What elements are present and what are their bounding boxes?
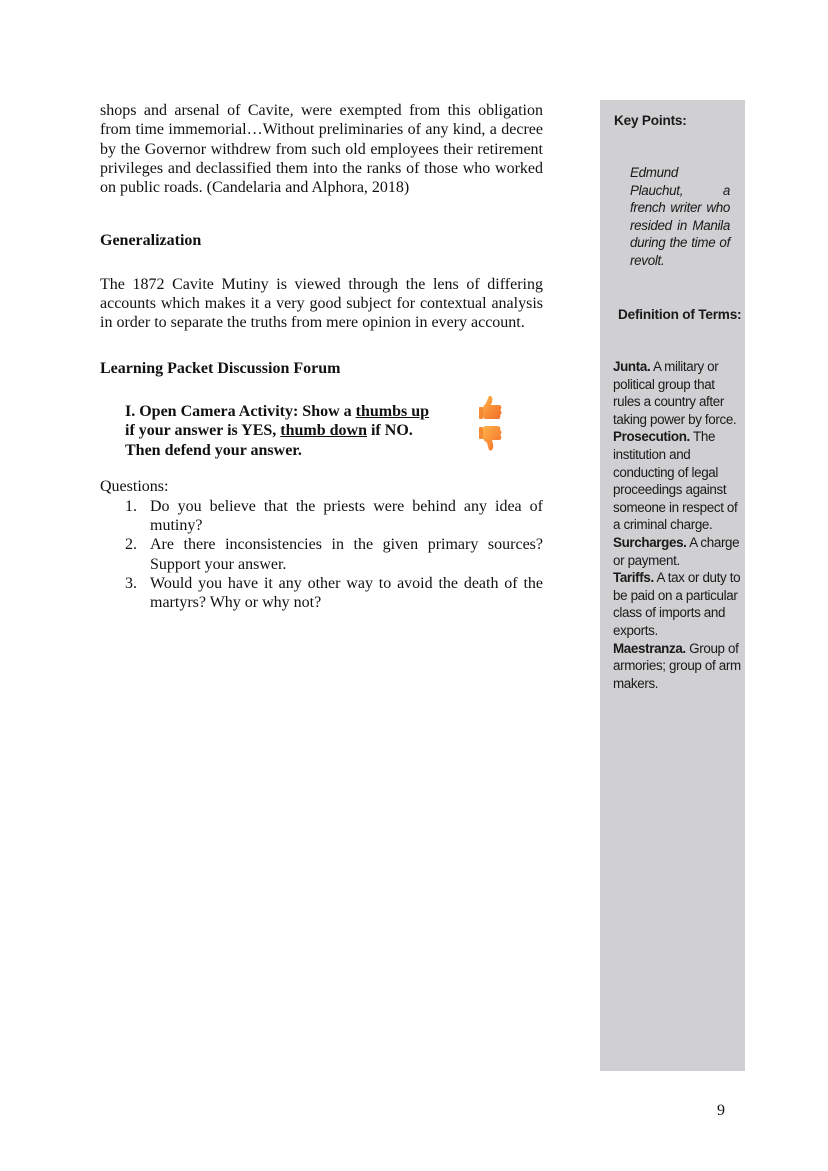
question-text: Do you believe that the priests were beh…	[150, 498, 543, 534]
sidebar-panel: Key Points: Edmund Plauchut, a french wr…	[600, 100, 745, 1071]
activity-line-3: Then defend your answer.	[125, 441, 455, 461]
definition-of-terms-title: Definition of Terms:	[618, 306, 741, 324]
activity-text: I. Open Camera Activity: Show a	[125, 403, 356, 420]
definition-item: Prosecution. The institution and conduct…	[613, 428, 741, 534]
definition-term: Surcharges.	[613, 535, 687, 550]
definition-term: Prosecution.	[613, 429, 690, 444]
questions-list: 1.Do you believe that the priests were b…	[100, 497, 543, 613]
intro-paragraph: shops and arsenal of Cavite, were exempt…	[100, 101, 543, 197]
question-text: Would you have it any other way to avoid…	[150, 575, 543, 611]
question-item: 1.Do you believe that the priests were b…	[100, 497, 543, 536]
page-number: 9	[717, 1102, 725, 1120]
definition-item: Maestranza. Group of armories; group of …	[613, 640, 741, 693]
definition-title-text: Definition of Terms:	[618, 307, 741, 322]
open-camera-activity: I. Open Camera Activity: Show a thumbs u…	[125, 402, 455, 461]
definition-text: The institution and conducting of legal …	[613, 429, 737, 532]
question-number: 3.	[125, 574, 137, 593]
generalization-heading: Generalization	[100, 231, 543, 250]
definition-item: Junta. A military or political group tha…	[613, 358, 741, 428]
question-text: Are there inconsistencies in the given p…	[150, 536, 543, 572]
generalization-paragraph: The 1872 Cavite Mutiny is viewed through…	[100, 275, 543, 333]
key-points-body: Edmund Plauchut, a french writer who res…	[630, 164, 730, 270]
questions-label: Questions:	[100, 477, 543, 496]
thumbs-icons	[475, 392, 507, 462]
activity-line-1: I. Open Camera Activity: Show a thumbs u…	[125, 402, 455, 422]
main-column: shops and arsenal of Cavite, were exempt…	[100, 101, 543, 613]
thumbs-up-icon	[479, 396, 502, 419]
question-number: 1.	[125, 497, 137, 516]
activity-line-2: if your answer is YES, thumb down if NO.	[125, 421, 455, 441]
definition-item: Tariffs. A tax or duty to be paid on a p…	[613, 569, 741, 639]
definition-term: Junta.	[613, 359, 650, 374]
question-item: 3.Would you have it any other way to avo…	[100, 574, 543, 613]
thumb-down-text: thumb down	[280, 422, 367, 439]
definition-list: Junta. A military or political group tha…	[613, 358, 741, 692]
definition-term: Maestranza.	[613, 641, 686, 656]
activity-text: if your answer is YES,	[125, 422, 280, 439]
thumbs-up-text: thumbs up	[356, 403, 429, 420]
definition-term: Tariffs.	[613, 570, 654, 585]
key-points-title: Key Points:	[614, 112, 687, 130]
activity-text: if NO.	[367, 422, 413, 439]
definition-item: Surcharges. A charge or payment.	[613, 534, 741, 569]
question-item: 2.Are there inconsistencies in the given…	[100, 535, 543, 574]
question-number: 2.	[125, 535, 137, 554]
discussion-forum-heading: Learning Packet Discussion Forum	[100, 359, 543, 378]
thumbs-down-icon	[479, 426, 502, 451]
